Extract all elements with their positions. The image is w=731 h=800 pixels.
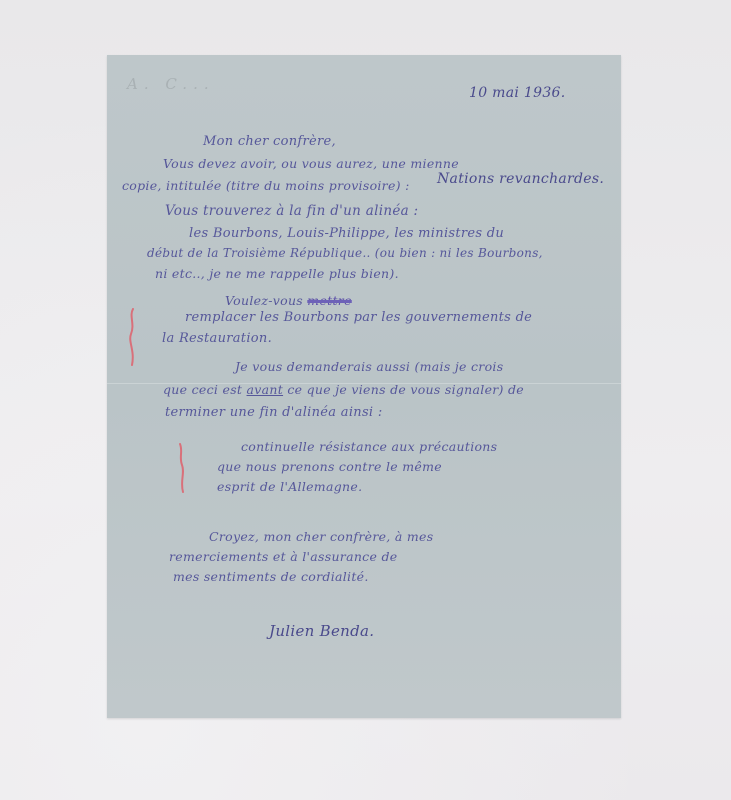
- letter-date: 10 mai 1936.: [469, 85, 566, 101]
- crossed-out-word: mettre: [307, 293, 351, 308]
- avant-line-before: que ceci est: [163, 382, 247, 397]
- quote-line-2: que nous prenons contre le même: [217, 459, 442, 474]
- body-line-3: Vous trouverez à la fin d'un alinéa :: [165, 203, 418, 219]
- avant-line: que ceci est avant ce que je viens de vo…: [163, 382, 524, 397]
- quote-line-3: esprit de l'Allemagne.: [217, 479, 362, 494]
- body-line-4: les Bourbons, Louis-Philippe, les minist…: [189, 226, 504, 241]
- red-pencil-bracket-1: [127, 308, 137, 366]
- remplacer-line: remplacer les Bourbons par les gouvernem…: [185, 310, 532, 325]
- salutation: Mon cher confrère,: [203, 134, 336, 149]
- underlined-word-avant: avant: [247, 382, 284, 397]
- voulez-line: Voulez-vous mettre: [225, 293, 352, 308]
- signature: Julien Benda.: [269, 622, 374, 640]
- body-line-6: ni etc.., je ne me rappelle plus bien).: [155, 266, 399, 281]
- demanderais-line: Je vous demanderais aussi (mais je crois: [235, 359, 503, 374]
- avant-line-after: ce que je viens de vous signaler) de: [283, 382, 524, 397]
- body-line-5: début de la Troisième République.. (ou b…: [147, 246, 543, 260]
- body-line-2: copie, intitulée (titre du moins proviso…: [122, 178, 410, 193]
- red-pencil-bracket-2: [177, 443, 187, 493]
- closing-line-2: remerciements et à l'assurance de: [169, 549, 397, 564]
- closing-line-3: mes sentiments de cordialité.: [173, 569, 369, 584]
- restauration-line: la Restauration.: [162, 331, 272, 346]
- pencil-annotation: A. C...: [127, 75, 215, 93]
- quote-line-1: continuelle résistance aux précautions: [241, 439, 497, 454]
- body-line-1: Vous devez avoir, ou vous aurez, une mie…: [163, 156, 459, 171]
- letter-sheet: A. C... 10 mai 1936. Mon cher confrère, …: [107, 55, 621, 718]
- voulez-prefix: Voulez-vous: [225, 293, 303, 308]
- terminer-line: terminer une fin d'alinéa ainsi :: [165, 405, 383, 420]
- closing-line-1: Croyez, mon cher confrère, à mes: [209, 529, 433, 544]
- essay-title: Nations revanchardes.: [437, 171, 604, 187]
